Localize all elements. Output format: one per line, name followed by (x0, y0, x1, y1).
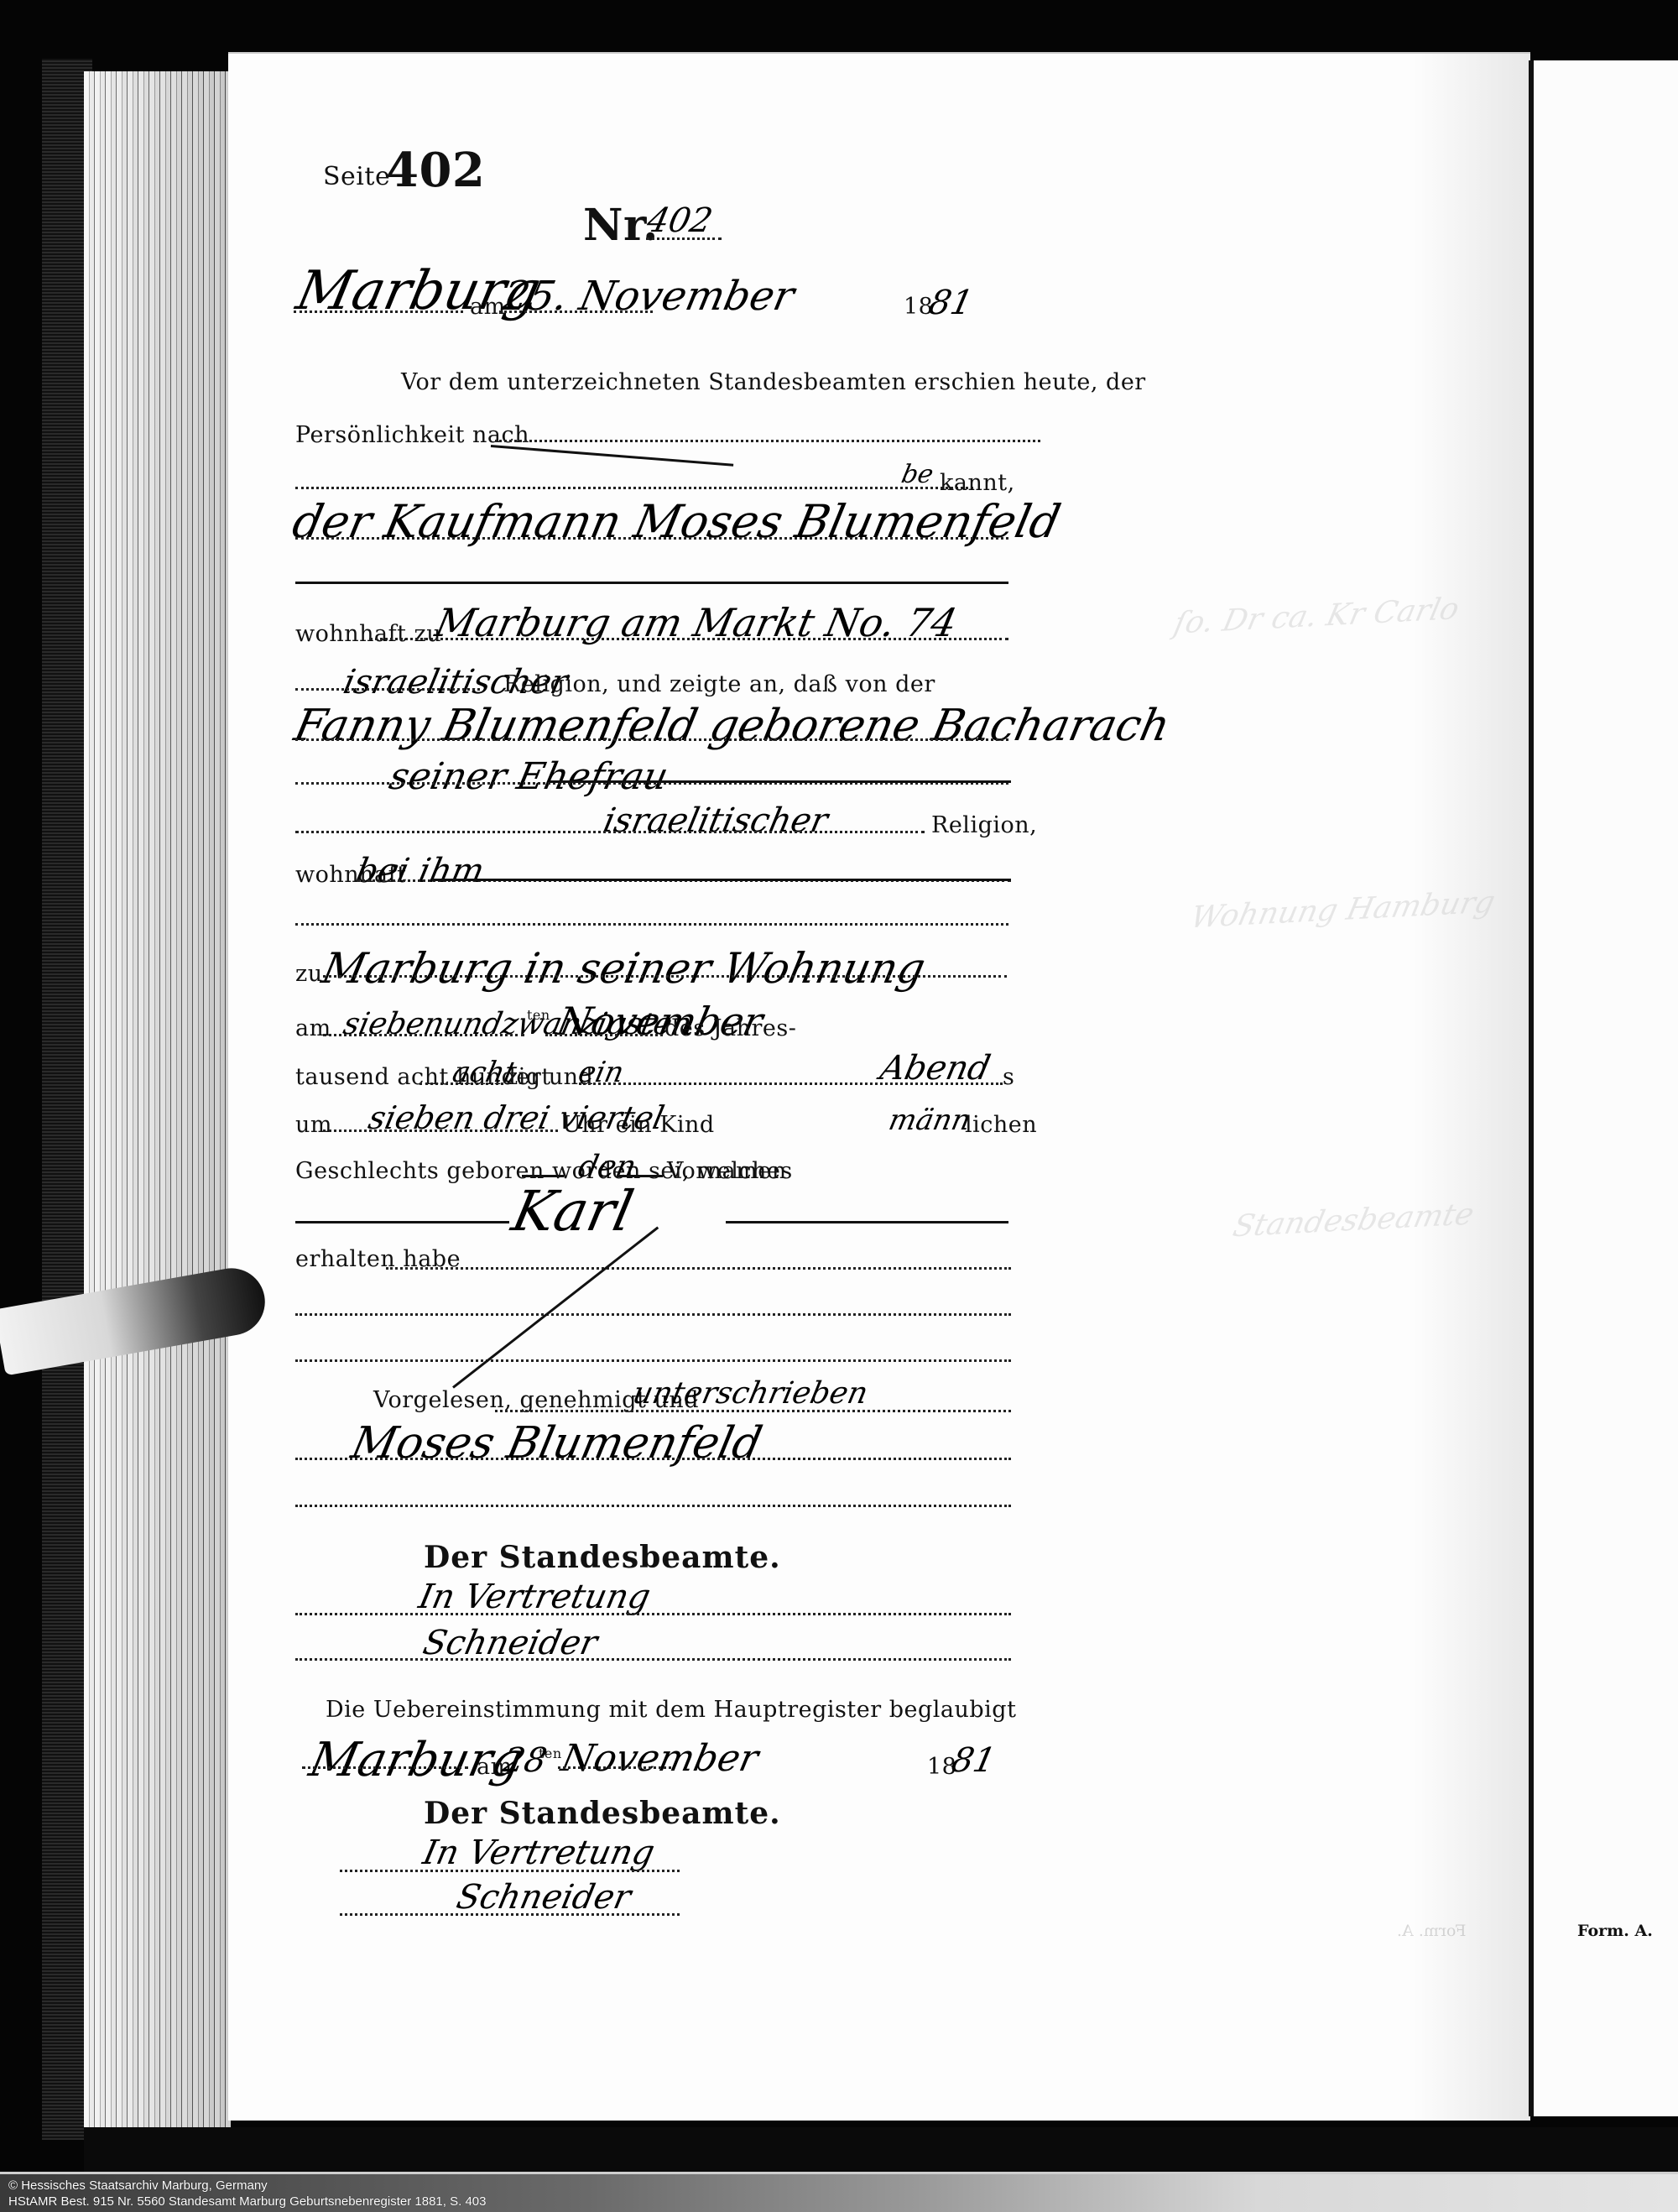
nr-dotted-line (646, 237, 722, 240)
scan-background: ſo. Dr ca. Kr Carlo Wohnung Hamburg Stan… (0, 0, 1678, 2173)
line-solid (617, 1175, 663, 1177)
line-solid (295, 582, 1008, 584)
uhr-ein-kind-label: Uhr ein Kind (562, 1112, 715, 1138)
vornamen-label: Vornamen (667, 1158, 787, 1184)
line-dotted (386, 1267, 1011, 1270)
informant-signature: Moses Blumenfeld (347, 1418, 767, 1469)
um-label: um (295, 1112, 332, 1138)
line-solid (432, 879, 1011, 881)
line-dotted (295, 1613, 1011, 1615)
certification-day-suffix: ten (539, 1745, 562, 1761)
bleed-through-text: ſo. Dr ca. Kr Carlo (1170, 592, 1462, 640)
line-dotted (295, 1359, 1011, 1362)
s-suffix: s (1003, 1064, 1014, 1090)
seite-number: 402 (386, 143, 485, 198)
line-dotted (558, 1766, 671, 1769)
line-dotted (323, 1129, 558, 1132)
line-solid (550, 780, 1011, 783)
form-code: Form. A. (1577, 1922, 1653, 1940)
line-dotted (295, 1505, 1011, 1507)
form-code-bleed: Form. A. (1397, 1922, 1467, 1940)
place-dotted-line (294, 310, 463, 313)
official-substitute: In Vertretung (415, 1578, 654, 1616)
line-dotted (295, 738, 1008, 741)
vorgelesen-hand: unterschrieben (630, 1376, 871, 1411)
kannt-label: kannt, (940, 470, 1015, 496)
mother-name: Fanny Blumenfeld geborene Bacharach (290, 701, 1175, 751)
line-dotted (340, 1870, 680, 1872)
official-heading-2: Der Standesbeamte. (424, 1796, 781, 1831)
year-suffix: 81 (925, 284, 977, 322)
official-substitute-2: In Vertretung (419, 1834, 658, 1872)
scan-bottom-edge (84, 2127, 1678, 2173)
line-dotted (295, 831, 925, 833)
line-dotted (302, 1766, 468, 1769)
mother-religion: israelitischer (600, 801, 831, 840)
intro-line: Vor dem unterzeichneten Standesbeamten e… (401, 369, 1146, 395)
page-stack-edge (84, 71, 231, 2140)
bleed-through-text: Standesbeamte (1230, 1197, 1477, 1244)
religion-label: Religion, (931, 812, 1037, 838)
copyright-line: © Hessisches Staatsarchiv Marburg, Germa… (8, 2178, 1670, 2194)
official-signature: Schneider (419, 1624, 601, 1662)
religion-statement: Religion, und zeigte an, daß von der (503, 671, 935, 697)
bekannt-hand: be (899, 460, 935, 489)
line-dotted (495, 440, 1040, 442)
date-dotted-line (499, 310, 653, 313)
des-jahres-label: des Jahres- (664, 1015, 796, 1041)
line-dotted (323, 1034, 524, 1036)
bleed-through-text: Wohnung Hamburg (1187, 885, 1498, 936)
birth-place: Marburg in seiner Wohnung (318, 944, 930, 993)
line-dotted (369, 638, 1008, 640)
child-sex: männ (886, 1103, 974, 1137)
official-heading: Der Standesbeamte. (424, 1540, 781, 1575)
line-dotted (579, 1083, 1003, 1085)
sex-suffix: lichen (965, 1112, 1037, 1138)
nr-value: 402 (644, 201, 716, 240)
line-dotted (295, 537, 1008, 540)
child-name: Karl (507, 1179, 639, 1244)
line-solid (726, 1221, 1008, 1223)
line-dotted (295, 923, 1008, 926)
source-reference-line: HStAMR Best. 915 Nr. 5560 Standesamt Mar… (8, 2194, 1670, 2209)
line-dotted (419, 1083, 503, 1085)
line-dotted (340, 1913, 680, 1916)
birth-day-suffix: ten (527, 1007, 550, 1023)
line-dotted (295, 1658, 1011, 1661)
zu-label: zu (295, 961, 323, 987)
line-dotted (295, 1313, 1011, 1316)
wohnhaft-label: wohnhaft zu (295, 621, 441, 647)
facing-page (1534, 60, 1678, 2116)
line-dotted (495, 1410, 1011, 1412)
informant-name: der Kaufmann Moses Blumenfeld (288, 495, 1065, 548)
mother-residence: bei ihm (352, 852, 487, 890)
line-dotted (295, 688, 480, 691)
line-dotted (295, 487, 973, 489)
mother-relation: seiner Ehefrau (386, 755, 672, 798)
certification-month: November (558, 1737, 763, 1780)
am-label-2: am (295, 1015, 331, 1041)
line-dotted (545, 1034, 663, 1036)
line-dotted (323, 975, 1007, 978)
line-solid (295, 1221, 509, 1223)
certification-year-suffix: 81 (948, 1741, 999, 1780)
seite-label: Seite (323, 162, 390, 191)
archive-caption-bar: © Hessisches Staatsarchiv Marburg, Germa… (0, 2172, 1678, 2212)
line-dotted (295, 1458, 1011, 1460)
line-solid (522, 1175, 564, 1177)
certification-text: Die Uebereinstimmung mit dem Hauptregist… (326, 1697, 1016, 1723)
official-signature-2: Schneider (453, 1878, 634, 1917)
